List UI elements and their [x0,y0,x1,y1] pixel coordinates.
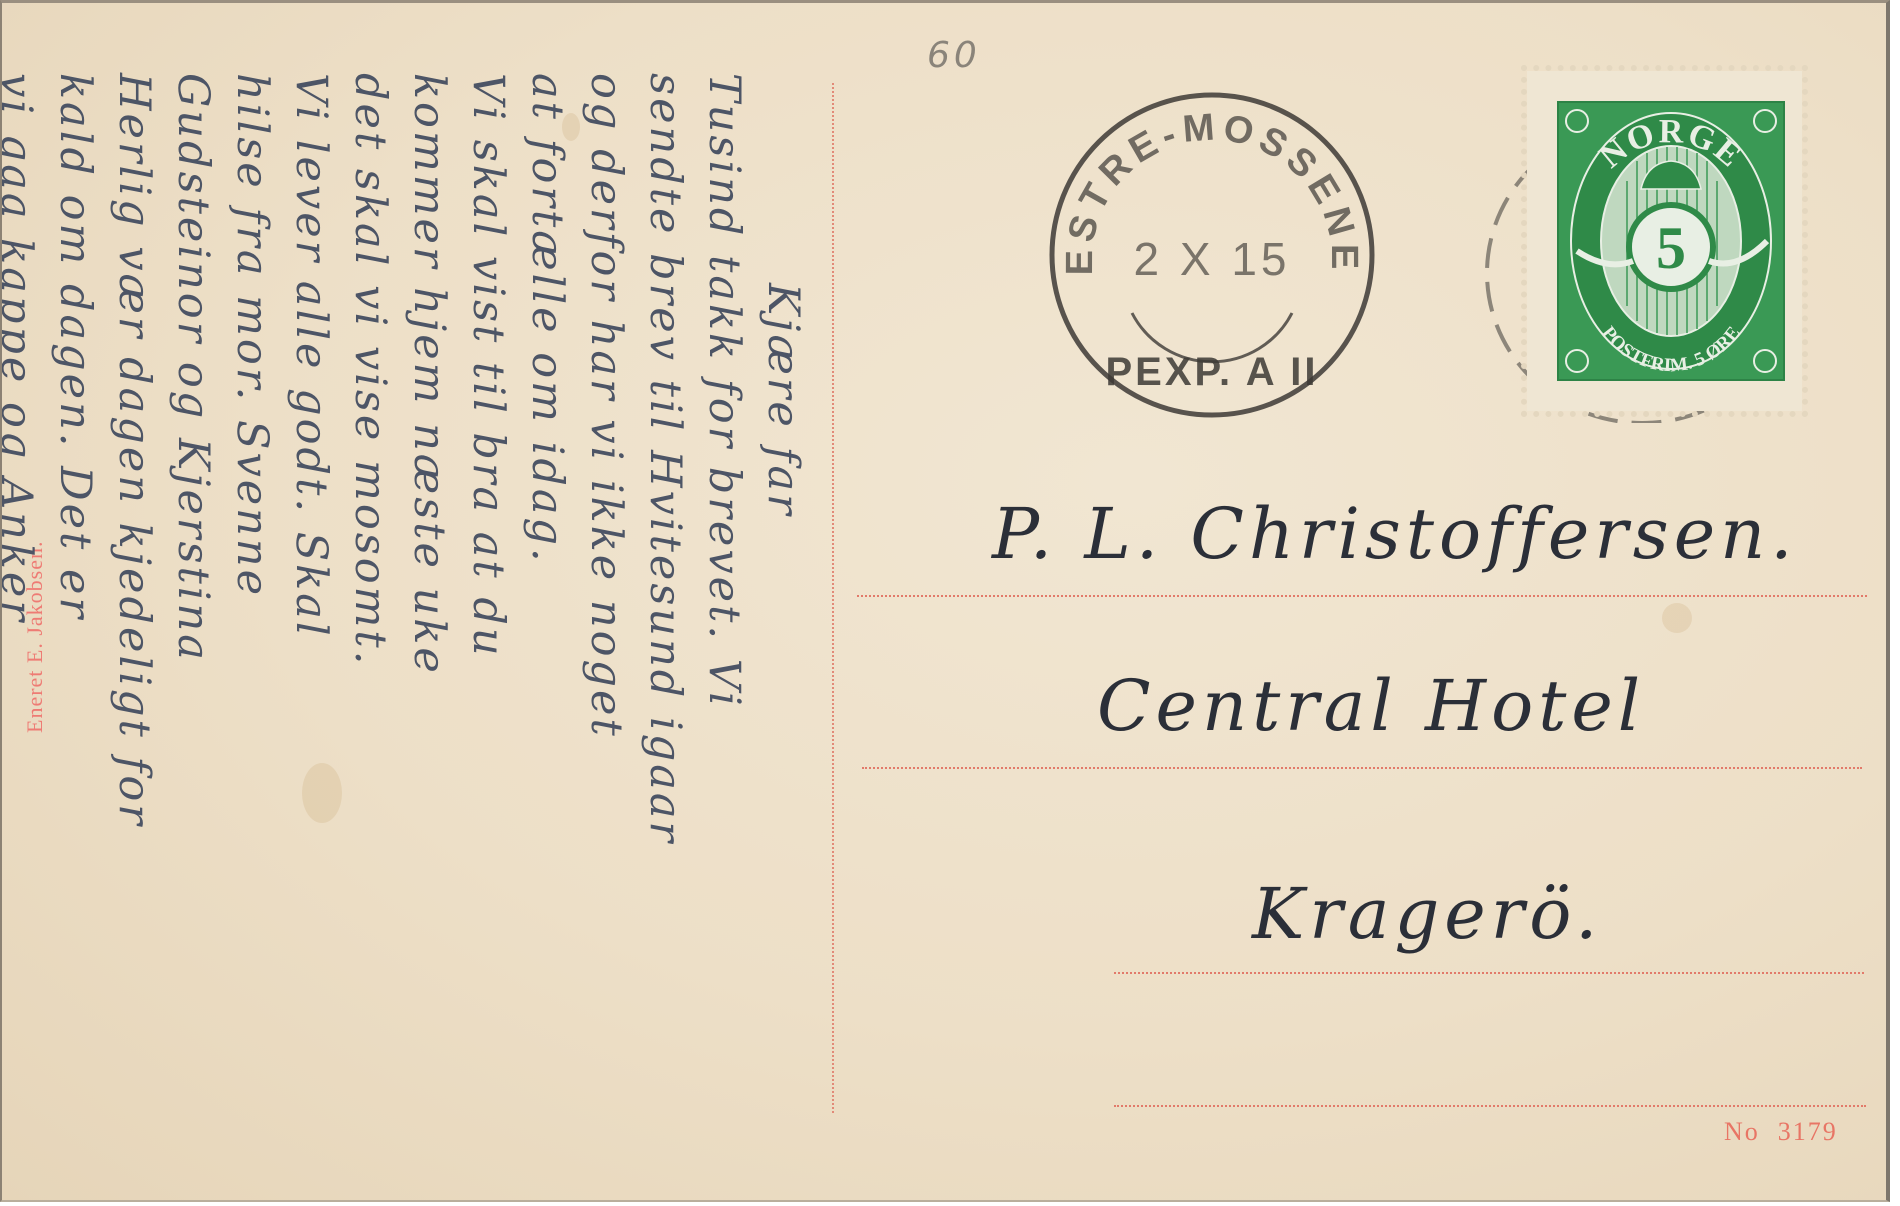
message-line: Vi skal vist til bra at du [458,73,517,1163]
serial-number: No3179 [1724,1117,1838,1147]
address-line-3 [1114,972,1864,974]
message-line: vi gaa kappe og Anker [0,73,45,1163]
message-line: og derfor har vi ikke noget [576,73,635,1163]
postmark-date: 2 X 15 [1134,233,1291,285]
postmark-icon: VESTRE-MOSSENES 2 X 15 PEXP. A II [1042,85,1382,425]
postage-stamp: 5 NORGE POSTFRIM. 5 ØRE [1527,71,1802,411]
address-line-4 [1114,1105,1866,1107]
address-line-2 [862,767,1862,769]
serial-value: 3179 [1778,1117,1838,1146]
message-line: Kjære far [753,73,812,1163]
serial-prefix: No [1724,1117,1760,1146]
message-line: kald om dagen. Det er [45,73,104,1163]
posthorn-stamp-icon: 5 NORGE POSTFRIM. 5 ØRE [1557,101,1785,381]
message-line: Tusind takk for brevet. Vi [694,73,753,1163]
message-line: at fortælle om idag. [517,73,576,1163]
message-line: det skal vi vise mosomt. [340,73,399,1163]
stamp-denomination: 5 [1656,215,1686,281]
postmark-office: PEXP. A II [1105,350,1318,394]
message-line: Gudsteinor og Kjerstina [163,73,222,1163]
recipient-address: Central Hotel [1097,665,1645,747]
recipient-name: P. L. Christoffersen. [992,493,1797,575]
pencil-note: 60 [927,35,981,76]
message-line: hilse fra mor. Svenne [222,73,281,1163]
message-line: Herlig vær dagen kjedeligt for [104,73,163,1163]
postcard: Eneret E. Jakobsen. Kjære far Tusind tak… [0,0,1890,1202]
message-line: sendte brev til Hvitesund igaar [635,73,694,1163]
message-line: kommer hjem næste uke [399,73,458,1163]
center-divider [832,83,834,1113]
paper-stain [1662,603,1692,633]
recipient-city: Kragerö. [1252,873,1602,955]
address-line-1 [857,595,1867,597]
handwritten-message: Kjære far Tusind takk for brevet. Vi sen… [22,73,812,1163]
message-line: Vi lever alle godt. Skal [281,73,340,1163]
